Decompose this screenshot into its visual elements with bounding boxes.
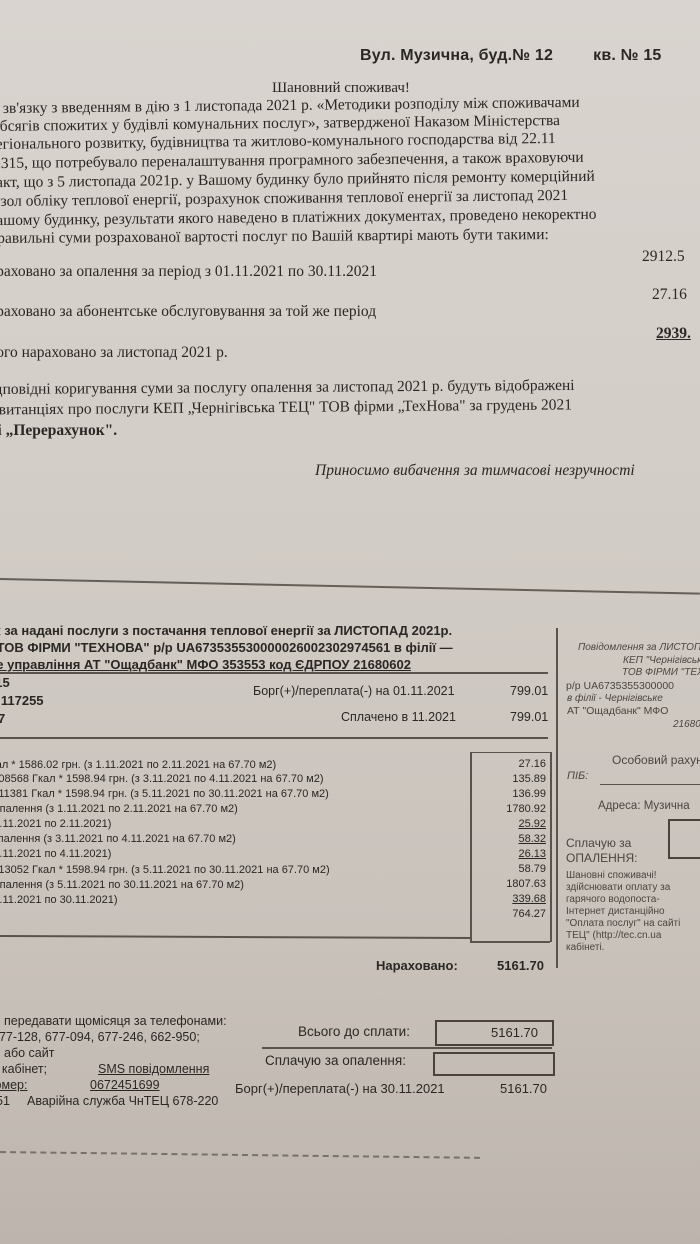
stub-line: р/р UA6735355300000 <box>566 680 674 692</box>
table-top-border <box>470 752 550 753</box>
divider <box>262 1047 552 1049</box>
total-label: Всього до сплати: <box>298 1024 410 1039</box>
apology-text: Приносимо вибачення за тимчасові незручн… <box>315 462 635 480</box>
sms-link[interactable]: SMS повідомлення <box>98 1062 209 1076</box>
table-right-border <box>550 752 552 942</box>
stub-name-label: ПІБ: <box>567 770 588 782</box>
table-value: 136.99 <box>486 788 546 800</box>
stub-note: Шановні споживачі! <box>566 870 657 881</box>
stub-pay-label: Сплачую за <box>566 836 631 850</box>
emergency-contact: Аварійна служба ЧнТЕЦ 678-220 <box>27 1094 218 1108</box>
emergency-prefix: 51 <box>0 1094 10 1108</box>
table-value: 339.68 <box>486 893 546 905</box>
table-row: Нарахування сумми опалення (з 5.11.2021 … <box>0 879 244 891</box>
table-row: Перерахунок (з 3.11.2021 по 4.11.2021) <box>0 848 111 860</box>
bill-address: вул. Музична буд 12 кв. 15 <box>0 675 10 690</box>
info-line: 677-128, 677-094, 677-246, 662-950; <box>0 1030 200 1044</box>
info-line: Показники передавати щомісяця за телефон… <box>0 1014 227 1028</box>
debt-end-label: Борг(+)/переплата(-) на 30.11.2021 <box>235 1081 445 1096</box>
stub-line: КЕП "Чернігівська <box>623 655 700 666</box>
charge-total-label: Всього нараховано за листопад 2021 р. <box>0 344 228 362</box>
accrued-value: 5161.70 <box>497 958 544 973</box>
charge-total-amount: 2939. <box>656 325 691 343</box>
table-row: Нарахування сумми опалення (з 3.11.2021 … <box>0 833 236 845</box>
info-line: особистий кабінет; <box>0 1062 47 1076</box>
table-value: 135.89 <box>486 773 546 785</box>
apartment-number: кв. № 15 <box>593 47 661 64</box>
street-building: Вул. Музична, буд.№ 12 <box>360 47 553 64</box>
pay-amount-field[interactable] <box>433 1052 555 1076</box>
paid-label: Сплачено в 11.2021 <box>341 710 456 724</box>
table-value: 58.32 <box>486 833 546 845</box>
table-bottom-border <box>470 941 550 943</box>
table-row: Нарахування сумми опалення (з 1.11.2021 … <box>0 803 238 815</box>
table-value: 25.92 <box>486 818 546 830</box>
perforation-line <box>0 1151 480 1160</box>
divider <box>0 672 548 674</box>
bill-account: Особовий рахунок: 117255 <box>0 693 44 708</box>
stub-account-label: Особовий рахунок <box>612 753 700 767</box>
debt-start-label: Борг(+)/переплата(-) на 01.11.2021 <box>253 684 455 698</box>
table-row: Перерахунок (з 5.11.2021 по 30.11.2021) <box>0 894 118 906</box>
debt-start-value: 799.01 <box>510 684 548 698</box>
table-column-divider <box>470 752 472 942</box>
table-value: 58.79 <box>486 863 546 875</box>
correction-line: в квитанціях про послуги КЕП „Чернігівсь… <box>0 396 572 419</box>
table-row: Абонентське обслуговування опалення 0.08… <box>0 759 276 771</box>
table-row: Нарахування опалення 1.11381 Гкал * 1598… <box>0 788 329 800</box>
table-value: 26.13 <box>486 848 546 860</box>
stub-line: в філії - Чернігівське <box>567 693 663 704</box>
charge-subscription-amount: 27.16 <box>652 286 687 304</box>
bill-residents: 7 <box>0 711 5 726</box>
cut-line <box>0 578 700 595</box>
charge-heating-label: Нараховано за опалення за період з 01.11… <box>0 263 377 281</box>
table-row: Нарахування опалення 1.13052 Гкал * 1598… <box>0 864 330 876</box>
table-bottom-line <box>0 935 470 939</box>
paid-value: 799.01 <box>510 710 548 724</box>
stub-note: ТЕЦ" (http://tec.cn.ua <box>566 930 661 941</box>
sms-number-label: надіслати на номер: <box>0 1078 27 1092</box>
letter-address: Вул. Музична, буд.№ 12кв. № 15 <box>360 47 662 65</box>
stub-note: кабінеті. <box>566 942 604 953</box>
charge-heating-amount: 2912.5 <box>642 248 685 266</box>
total-box: 5161.70 <box>435 1020 554 1046</box>
debt-end-value: 5161.70 <box>500 1081 547 1096</box>
divider <box>0 737 548 739</box>
stub-note: здійснювати оплату за <box>566 882 670 893</box>
table-value: 27.16 <box>486 758 546 770</box>
stub-note: "Оплата послуг" на сайті <box>566 918 680 929</box>
correction-line: Відповідні коригування суми за послугу о… <box>0 377 575 399</box>
stub-pay-label-2: ОПАЛЕННЯ: <box>566 851 637 865</box>
table-value: 764.27 <box>486 908 546 920</box>
stub-name-line[interactable] <box>600 784 700 785</box>
table-row: Нарахування опалення 0.08568 Гкал * 1598… <box>0 773 324 785</box>
stub-line: 21680602 <box>673 719 700 730</box>
total-value: 5161.70 <box>491 1025 538 1040</box>
stub-line: ТОВ ФІРМИ "ТЕХНОВА" <box>622 667 700 678</box>
bill-supplier: КЕП "Чернігівська ТЕЦ" ТОВ ФІРМИ "ТЕХНОВ… <box>0 640 453 655</box>
table-value: 1807.63 <box>486 878 546 890</box>
stub-line: Повідомлення за ЛИСТОПАД <box>578 642 700 653</box>
bill-title: Рахунок за надані послуги з постачання т… <box>0 623 452 638</box>
stub-pay-field[interactable] <box>668 819 700 859</box>
stub-note: Інтернет дистанційно <box>566 906 665 917</box>
stub-address: Адреса: Музична <box>598 800 690 812</box>
stub-note: гарячого водопоста- <box>566 894 660 905</box>
letter-greeting: Шановний споживач! <box>272 80 410 97</box>
stub-divider <box>556 628 558 968</box>
pay-label: Сплачую за опалення: <box>265 1053 406 1068</box>
accrued-label: Нараховано: <box>376 958 458 973</box>
table-row: Перерахунок (з 1.11.2021 по 2.11.2021) <box>0 818 111 830</box>
table-value: 1780.92 <box>486 803 546 815</box>
info-line: або сайт <box>4 1046 54 1060</box>
bill-bank: Чернігівське обласне управління АТ "Ощад… <box>0 657 411 672</box>
correction-line: в розділі „Перерахунок". <box>0 422 117 440</box>
charge-subscription-label: Нараховано за абонентське обслуговування… <box>0 303 376 321</box>
paragraph-line: Правильні суми розрахованої вартості пос… <box>0 226 549 248</box>
stub-line: АТ "Ощадбанк" МФО <box>567 705 668 717</box>
sms-number: 0672451699 <box>90 1078 160 1092</box>
